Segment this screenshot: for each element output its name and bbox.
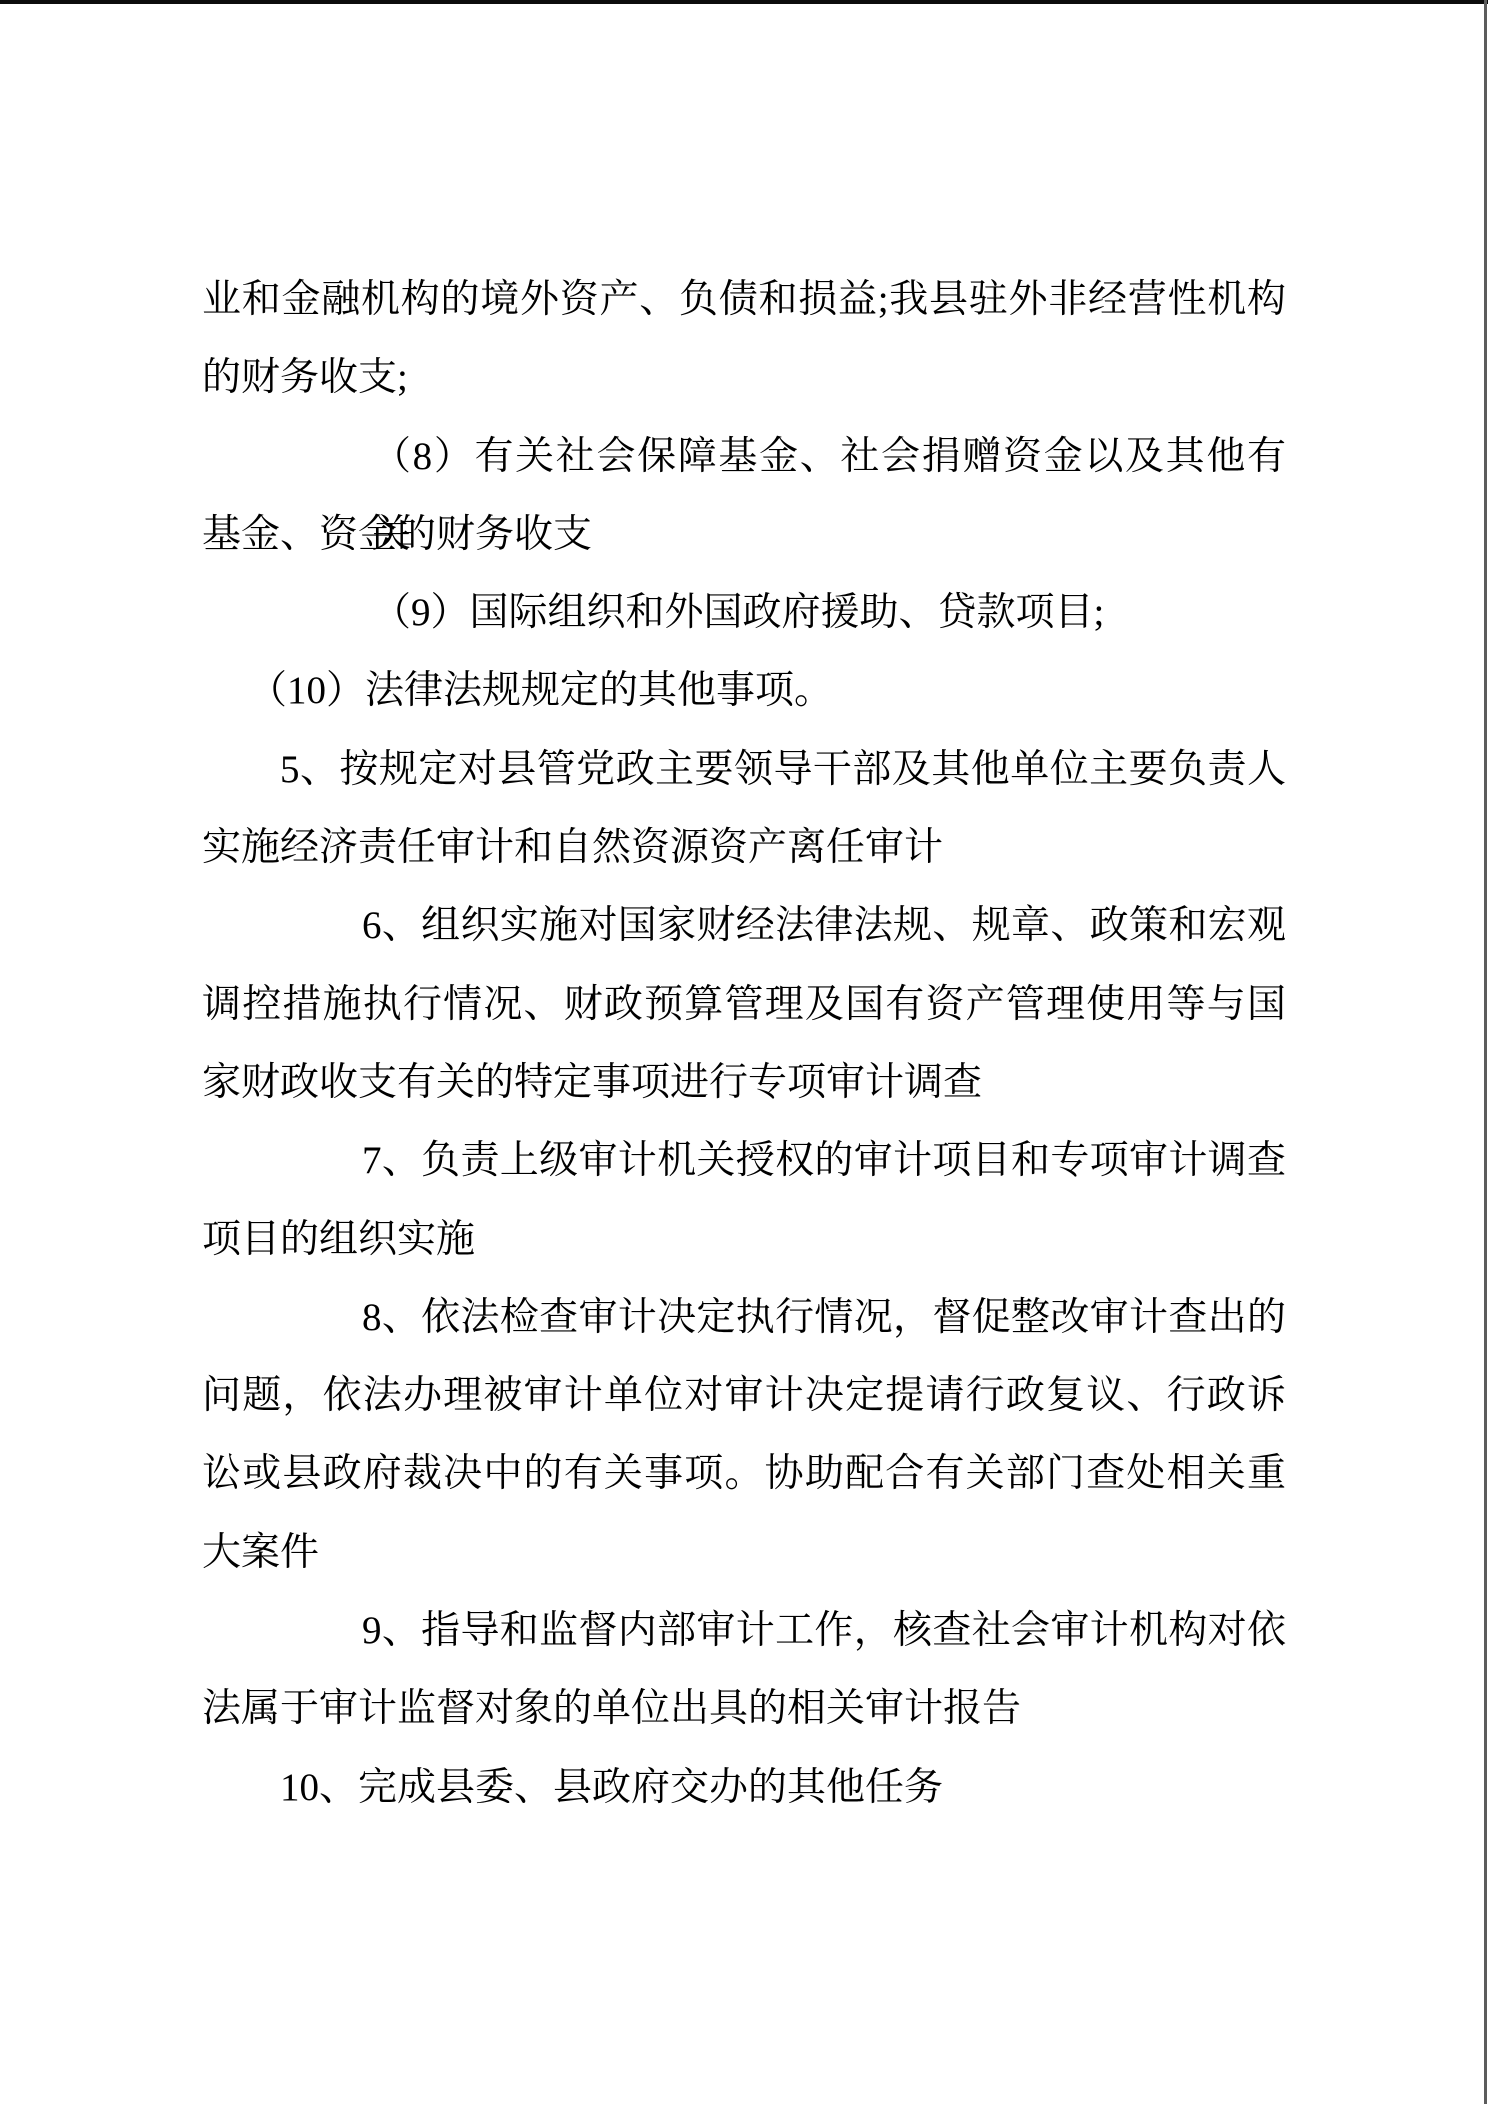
text-line: 家财政收支有关的特定事项进行专项审计调查 — [202, 1044, 1286, 1122]
text-line: 7、负责上级审计机关授权的审计项目和专项审计调查 — [202, 1122, 1286, 1200]
text-line: 基金、资金的财务收支 — [202, 496, 1286, 574]
text-line: 6、组织实施对国家财经法律法规、规章、政策和宏观 — [202, 887, 1286, 965]
text-line: （9）国际组织和外国政府援助、贷款项目; — [202, 574, 1286, 652]
text-line: 9、指导和监督内部审计工作，核查社会审计机构对依 — [202, 1592, 1286, 1670]
text-line: 问题，依法办理被审计单位对审计决定提请行政复议、行政诉 — [202, 1357, 1286, 1435]
text-line: 调控措施执行情况、财政预算管理及国有资产管理使用等与国 — [202, 966, 1286, 1044]
text-line: 大案件 — [202, 1514, 1286, 1592]
text-line: 业和金融机构的境外资产、负债和损益;我县驻外非经营性机构 — [202, 261, 1286, 339]
document-page: 业和金融机构的境外资产、负债和损益;我县驻外非经营性机构 的财务收支; （8）有… — [0, 0, 1488, 2104]
text-line: （8）有关社会保障基金、社会捐赠资金以及其他有关 — [202, 418, 1286, 496]
text-line: 实施经济责任审计和自然资源资产离任审计 — [202, 809, 1286, 887]
document-text-block: 业和金融机构的境外资产、负债和损益;我县驻外非经营性机构 的财务收支; （8）有… — [202, 261, 1286, 1827]
page-top-edge — [0, 0, 1488, 4]
text-line: 8、依法检查审计决定执行情况，督促整改审计查出的 — [202, 1279, 1286, 1357]
text-line: 法属于审计监督对象的单位出具的相关审计报告 — [202, 1670, 1286, 1748]
text-line: 讼或县政府裁决中的有关事项。协助配合有关部门查处相关重 — [202, 1435, 1286, 1513]
text-line: 5、按规定对县管党政主要领导干部及其他单位主要负责人 — [202, 731, 1286, 809]
text-line: （10）法律法规规定的其他事项。 — [202, 652, 1286, 730]
text-line: 的财务收支; — [202, 339, 1286, 417]
page-right-edge — [1484, 0, 1487, 2104]
text-line: 项目的组织实施 — [202, 1201, 1286, 1279]
text-line: 10、完成县委、县政府交办的其他任务 — [202, 1749, 1286, 1827]
